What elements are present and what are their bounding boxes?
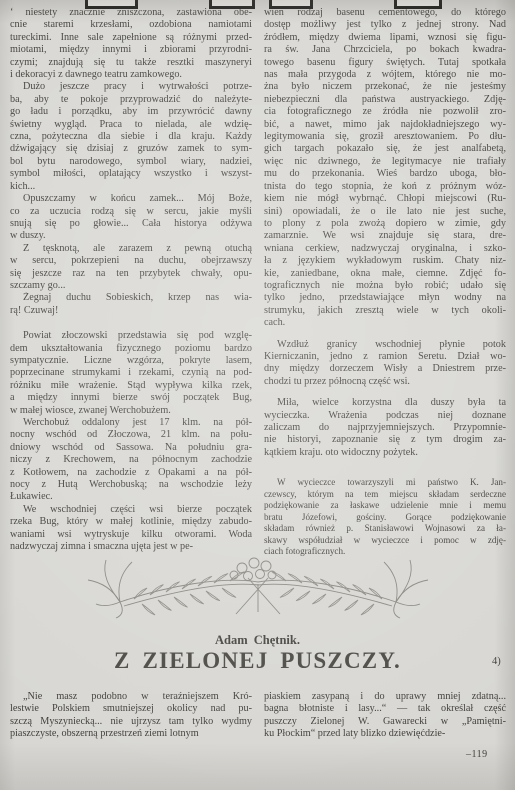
upper-left-column: ‘ niestety znacznie zniszczona, zastawio… [10, 7, 252, 558]
text-line: piaskiem zasypaną i do uprawy mniej zdat… [264, 691, 506, 703]
text-line: żna było niczem przekonać, że nie jesteś… [264, 81, 506, 93]
text-line: nie historyi, zapoznanie się z tym drogi… [264, 434, 506, 446]
footnote-marker: 4) [492, 656, 501, 667]
paragraph: Werchobuż oddalony jest 17 klm. na pół-n… [10, 417, 252, 504]
text-line: waniami wsi wytryskuje kilku otworami. W… [10, 529, 252, 541]
text-line: dny między dorzeczem Wisły a Dniestrem p… [264, 363, 506, 375]
lower-left-column: „Nie masz podobno w teraźniejszem Kró-le… [10, 691, 252, 741]
text-line: ba, aby te pokoje przyprowadzić do należ… [10, 94, 252, 106]
text-line: w sercu, pokrzepieni na duchu, obejrzaws… [10, 255, 252, 267]
paragraph: Miła, wielce korzystna dla duszy była ta… [264, 397, 506, 459]
text-line: poprzecinane strumykami i rzekami, czyni… [10, 367, 252, 379]
scanned-book-page: { "article": { "author": "Adam Chętnik."… [0, 0, 515, 790]
text-line: snują się po głowie... Cała historya odż… [10, 218, 252, 230]
text-line: kiem nie mógł wybrnąć. Chłopi miejscowi … [264, 193, 506, 205]
paragraph: Żegnaj duchu Sobieskich, krzep nas wia-r… [10, 292, 252, 317]
text-line: kątkiem kraju. oto widoczny pożytek. [264, 447, 506, 459]
text-line: nocy z Hutą Werchobuską; na wschodzie le… [10, 479, 252, 491]
paragraph: Z tęsknotą, ale zarazem z pewną otuchąw … [10, 243, 252, 293]
text-line: w małej wiosce, zwanej Werchobużem. [10, 405, 252, 417]
text-line: piaszczyste, obszerną przestrzeń ziemi l… [10, 728, 252, 740]
lower-text-section: „Nie masz podobno w teraźniejszem Kró-le… [10, 691, 506, 741]
text-line: tylko jedno, przedstawiające młyn wodny … [264, 292, 506, 304]
text-line: kich... [10, 181, 252, 193]
text-line: dostęp możliwy jest tylko z jednej stron… [264, 19, 506, 31]
text-line: czna, pożyteczna dla siebie i dla kraju.… [10, 131, 252, 143]
text-line: strumyku, jakich zresztą wiele w tych ok… [264, 305, 506, 317]
text-line: bagna błotniste i lasy...“ — tak określa… [264, 703, 506, 715]
text-line: więc nic dziwnego, że legitymacye nie tr… [264, 156, 506, 168]
text-line: W wycieczce towarzyszyli mi państwo K. J… [264, 477, 506, 489]
scan-artifact-tab [85, 0, 138, 9]
text-line: zamarznie. We wsi znajduje się stara, dr… [264, 230, 506, 242]
text-line: zaliczam do najprzyjemniejszych. Przypom… [264, 422, 506, 434]
text-line: „Nie masz podobno w teraźniejszem Kró- [10, 691, 252, 703]
lower-right-column: piaskiem zasypaną i do uprawy mniej zdat… [264, 691, 506, 741]
paragraph: Opuszczamy w końcu zamek... Mój Boże,co … [10, 193, 252, 243]
floral-laurel-divider-ornament [72, 552, 444, 624]
paragraph: Wzdłuż granicy wschodniej płynie potokKi… [264, 339, 506, 389]
text-line: ła z językiem wykładowym ruskim. Chaty n… [264, 255, 506, 267]
text-line: miotami, między innymi i zbiorami przyro… [10, 44, 252, 56]
text-line: to plony z pola zwożą dopiero w zimie, g… [264, 218, 506, 230]
article-title: Z ZIELONEJ PUSZCZY. [0, 648, 515, 674]
text-line: sini) opowiadali, że o ile lato nie jest… [264, 206, 506, 218]
paragraph: We wschodniej części wsi bierze początek… [10, 504, 252, 554]
text-line: legitymowania się, groził aresztowaniem.… [264, 131, 506, 143]
text-line: szczą Myszyniecką... nie ujrzysz tam tyl… [10, 716, 252, 728]
page-number: –119 [466, 749, 488, 760]
text-line: Łukawiec. [10, 491, 252, 503]
text-line: rą! Czuwaj! [10, 305, 252, 317]
text-line: nocny wschód od Złoczowa, 21 klm. na poł… [10, 429, 252, 441]
author-name: Adam Chętnik. [0, 633, 515, 648]
text-line: i dekoracyi z dawnego teatru zamkowego. [10, 69, 252, 81]
text-line: tograficznych nie można było robić; udał… [264, 280, 506, 292]
paragraph: ‘ niestety znacznie zniszczona, zastawio… [10, 7, 252, 81]
text-line: ra św. Jana Chrzciciela, po bokach kwadr… [264, 44, 506, 56]
text-line: Kierniczanin, jedno z ramion Seretu. Dzi… [264, 351, 506, 363]
scan-artifact-tab [269, 0, 313, 9]
text-line: podziękowanie za łaskawe udzielenie mnie… [264, 500, 506, 512]
text-line: rzeka Bug, który w małej kotlinie, międz… [10, 516, 252, 528]
upper-right-column: wien rodzaj basenu cementowego, do które… [264, 7, 506, 558]
text-line: wycieczka. Wrażenia podczas niej doznane [264, 410, 506, 422]
text-line: chodzi tu przez północną część wsi. [264, 376, 506, 388]
text-line: z Kotłowem, na zachodzie z Opakami a na … [10, 467, 252, 479]
paragraph: piaskiem zasypaną i do uprawy mniej zdat… [264, 691, 506, 741]
text-line: symbol miłości, oplatający wszystko i ws… [10, 168, 252, 180]
text-line: Opuszczamy w końcu zamek... Mój Boże, [10, 193, 252, 205]
upper-text-section: ‘ niestety znacznie zniszczona, zastawio… [10, 7, 506, 558]
scan-artifact-tab [209, 0, 255, 9]
scan-artifact-tab [394, 0, 442, 9]
text-line: ku Płockim“ przed laty blizko dziewięćdz… [264, 728, 506, 740]
text-line: gich targach pokazało się, że jest analf… [264, 143, 506, 155]
text-line: Z tęsknotą, ale zarazem z pewną otuchą [10, 243, 252, 255]
text-line: nas mała przygoda z wójtem, którego nie … [264, 69, 506, 81]
text-line: się jeszcze raz na ten przybytek chwały,… [10, 268, 252, 280]
text-line: sympatycznie. Liczne wzgórza, pokryte la… [10, 355, 252, 367]
text-line: We wschodniej części wsi bierze początek [10, 504, 252, 516]
text-line: tnista do tego stopnia, że koń z próżnym… [264, 181, 506, 193]
text-line: Miła, wielce korzystna dla duszy była ta [264, 397, 506, 409]
paragraph: „Nie masz podobno w teraźniejszem Kró-le… [10, 691, 252, 741]
text-line: skawy współudział w wycieczce i pomoc w … [264, 535, 506, 547]
text-line: mu do przekonania. Wieś bardzo uboga, bł… [264, 168, 506, 180]
text-line: czewscy, którym na tem miejscu składam s… [264, 489, 506, 501]
text-line: go ładu i porządku, aby im przywrócić da… [10, 106, 252, 118]
text-line: składam również p. Stanisławowi Wojnasow… [264, 523, 506, 535]
text-line: puszczy Zielonej W. Gawarecki w „Pamiętn… [264, 716, 506, 728]
paragraph: W wycieczce towarzyszyli mi państwo K. J… [264, 477, 506, 558]
text-line: szczamy go... [10, 280, 252, 292]
text-line: kie, zaniedbane, okna małe, ciemne. Zdję… [264, 268, 506, 280]
text-line: bol bytu narodowego, symbol wiary, nadzi… [10, 156, 252, 168]
text-line: tureckimi. Inne sale zapełnione są różny… [10, 32, 252, 44]
text-line: a między innymi bierze swój początek Bug… [10, 392, 252, 404]
text-line: lestwie Polskiem smutniejszej okolicy na… [10, 703, 252, 715]
paragraph: wien rodzaj basenu cementowego, do które… [264, 7, 506, 330]
text-line: niczy z Krechowem, na północnym zachodzi… [10, 454, 252, 466]
text-line: Dużo jeszcze pracy i wytrwałości potrze- [10, 81, 252, 93]
text-line: czymi; znajdują się tu także resztki mas… [10, 57, 252, 69]
text-line: co za uczucia rodzą się w sercu, jakie m… [10, 206, 252, 218]
text-line: w duszy. [10, 230, 252, 242]
text-line: towego basenu figury świętych. Tutaj spo… [264, 57, 506, 69]
text-line: niebezpieczni dla państwa austryackiego.… [264, 94, 506, 106]
text-line: cach. [264, 317, 506, 329]
text-line: cnie staremi krzesłami, ozdobiona namiot… [10, 19, 252, 31]
text-line: Wzdłuż granicy wschodniej płynie potok [264, 339, 506, 351]
paragraph: Powiat złoczowski przedstawia się pod wz… [10, 330, 252, 417]
text-line: Powiat złoczowski przedstawia się pod wz… [10, 330, 252, 342]
text-line: cia fotograficznego ze źródła nie pozwol… [264, 106, 506, 118]
text-line: Werchobuż oddalony jest 17 klm. na pół- [10, 417, 252, 429]
text-line: źródłem, między dwiema lipami, wznosi si… [264, 32, 506, 44]
text-line: dem ukształtowania fizycznego poziomu ba… [10, 343, 252, 355]
text-line: Żegnaj duchu Sobieskich, krzep nas wia- [10, 292, 252, 304]
paragraph: Dużo jeszcze pracy i wytrwałości potrze-… [10, 81, 252, 193]
text-line: bić, a nawet, mimo jak najdokładniejszeg… [264, 119, 506, 131]
text-line: różniku miłe wrażenie. Stąd wypływa kilk… [10, 380, 252, 392]
text-line: dźwigający się dzisiaj z gruzów zamek to… [10, 143, 252, 155]
text-line: świetny wygląd. Praca to nielada, ale wd… [10, 119, 252, 131]
text-line: dniowy wschód od Sassowa. Na południu gr… [10, 442, 252, 454]
text-line: wniana cerkiew, nadzwyczaj oryginalna, i… [264, 243, 506, 255]
text-line: bratu Józefowi, gościny. Gorące podzięko… [264, 512, 506, 524]
